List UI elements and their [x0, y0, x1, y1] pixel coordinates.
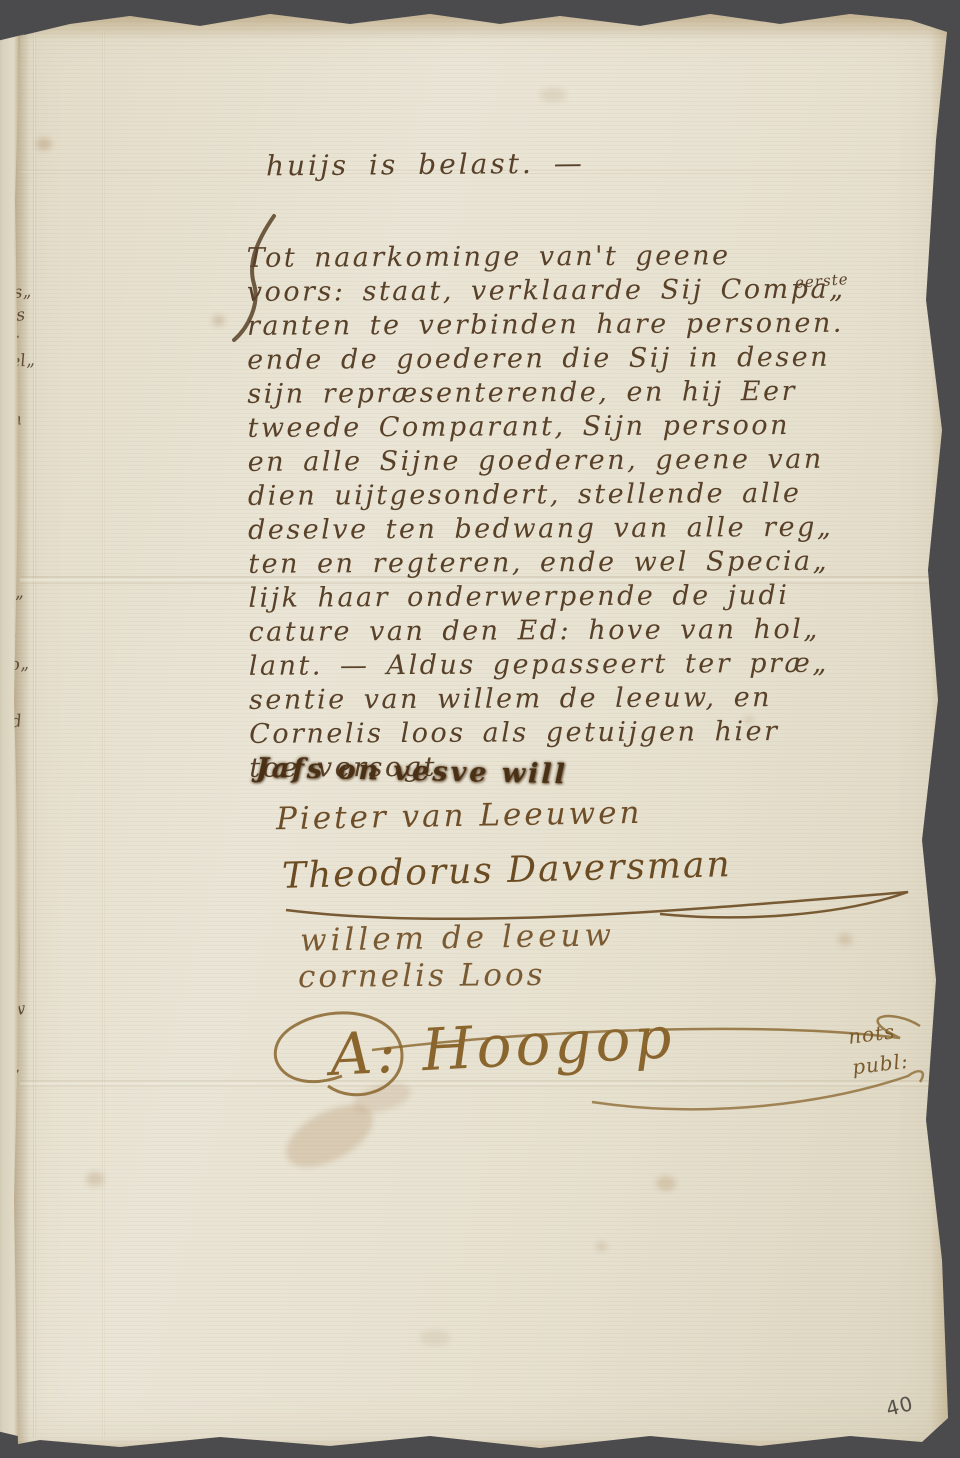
- paper-sheet: ris„ ips er kel„ ij ijn ʒ D s„ w„ n, vo„…: [0, 0, 960, 1458]
- text-line: en alle Sijne goederen, geene van: [248, 442, 948, 480]
- text-line: tweede Comparant, Sijn persoon: [247, 408, 947, 446]
- signature-pieter-van-leeuwen: Pieter van Leeuwen: [276, 795, 643, 837]
- interlined-word: eerste: [794, 270, 849, 292]
- fox-spot: [656, 1176, 676, 1191]
- text-line: lijk haar onderwerpende de judi: [248, 578, 948, 616]
- fox-spot: [540, 88, 566, 102]
- signature-a-hoogop: A: Hoogop: [328, 1003, 677, 1089]
- vertical-fold-crease: [33, 30, 36, 1438]
- signature-willem-de-leeuw: willem de leeuw: [300, 917, 616, 958]
- text-line: dien uijtgesondert, stellende alle: [248, 476, 948, 514]
- fox-spot: [36, 138, 52, 150]
- text-line: deselve ten bedwang van alle reg„: [248, 510, 948, 548]
- text-line: sentie van willem de leeuw, en: [249, 680, 949, 718]
- fox-spot: [596, 1242, 607, 1251]
- vertical-fold-crease: [102, 30, 105, 1438]
- text-line: cature van den Ed: hove van hol„: [249, 612, 949, 650]
- text-line: sijn repræsenterende, en hij Eer: [247, 374, 947, 412]
- fox-spot: [420, 1330, 450, 1346]
- text-line: Cornelis loos als getuijgen hier: [249, 714, 949, 752]
- fox-spot: [838, 934, 852, 945]
- torn-top-edge: [0, 10, 960, 40]
- notary-title-line2: publ:: [851, 1049, 910, 1080]
- smudged-correction-line: Jafs on vesve will: [256, 753, 568, 791]
- text-line: lant. — Aldus gepasseert ter præ„: [249, 646, 949, 684]
- scanned-manuscript-page: ris„ ips er kel„ ij ijn ʒ D s„ w„ n, vo„…: [0, 0, 960, 1458]
- text-line: ranten te verbinden hare personen.: [247, 306, 947, 344]
- notary-title-line1: nots: [847, 1019, 897, 1049]
- text-line: ende de goederen die Sij in desen: [247, 340, 947, 378]
- fox-spot: [86, 1172, 104, 1186]
- deed-text-block: Tot naarkominge van't geene voors: staat…: [247, 238, 950, 786]
- opening-line: huijs is belast. —: [266, 147, 585, 183]
- signature-cornelis-loos: cornelis Loos: [298, 957, 546, 995]
- text-line: ten en regteren, ende wel Specia„: [248, 544, 948, 582]
- signature-theodorus-daversman: Theodorus Daversman: [282, 844, 733, 897]
- fox-spot: [212, 315, 225, 326]
- folio-number: 40: [884, 1391, 916, 1421]
- torn-bottom-edge: [0, 1438, 960, 1454]
